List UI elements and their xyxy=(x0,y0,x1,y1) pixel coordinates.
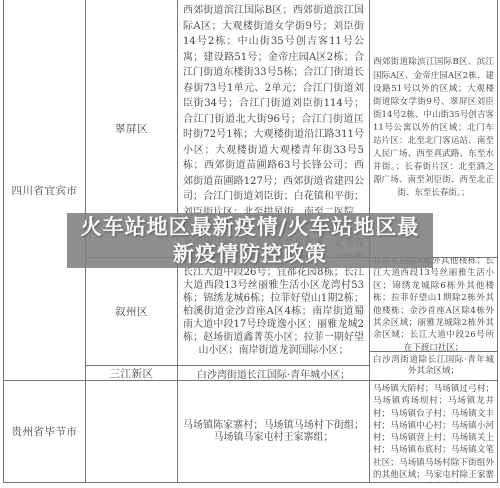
overlay-title-line2: 新疫情防控政策 xyxy=(173,241,327,268)
cell-areas-sanjiang: 白沙湾街道长江国际·青年城小区； xyxy=(178,366,370,381)
cell-district-zhijin xyxy=(86,381,178,483)
cell-district-xuzhou: 叙州区 xyxy=(86,258,178,366)
cell-policy-zhijin: 马场镇大陌村；马场镇过弓村；马场镇鸡场坝村；马场镇龙井村；马场镇台子村；马场镇文… xyxy=(370,381,498,483)
cell-province-guizhou-bijie: 贵州省毕节市 xyxy=(3,381,86,483)
cell-province-sichuan-yibin: 四川省宜宾市 xyxy=(3,0,86,381)
overlay-title-line1: 火车站地区最新疫情/火车站地区最 xyxy=(81,214,420,241)
policy-cuiping-text: 西郊街道除滨江国际B区、滨江国际A区、金帝庄园A区2栋、建设路51号以外的区域；… xyxy=(373,56,494,200)
title-overlay-banner: 火车站地区最新疫情/火车站地区最 新疫情防控政策 xyxy=(67,213,433,268)
cell-policy-xuzhou: 宜都花园除8栋外其他楼栋；长江大道西段13号丝丽雅生活小区；锦绣龙城除6栋外其他… xyxy=(370,258,498,352)
areas-zhijin-text: 马场镇陈家寨村；马场镇马场村下街组；马场镇马家屯村王家寨组； xyxy=(183,420,364,444)
cell-areas-zhijin: 马场镇陈家寨村；马场镇马场村下街组；马场镇马家屯村王家寨组； xyxy=(178,381,370,483)
cell-areas-xuzhou: 长江大道中段26号；宜都花园8栋；长江大道西段13号丝丽雅生活小区龙湾村53栋；… xyxy=(178,258,370,366)
policy-sanjiang-text: 白沙湾街道除长江国际·青年城外其余区域； xyxy=(373,355,494,378)
page: 四川省宜宾市 贵州省毕节市 翠屏区 叙州区 三江新区 西郊街道滨江国际B区；西郊… xyxy=(0,0,500,488)
cell-policy-sanjiang: 白沙湾街道除长江国际·青年城外其余区域； xyxy=(370,352,498,381)
cell-district-sanjiang: 三江新区 xyxy=(86,366,178,381)
areas-xuzhou-text: 长江大道中段26号；宜都花园8栋；长江大道西段13号丝丽雅生活小区龙湾村53栋；… xyxy=(183,266,364,357)
policy-xuzhou-text: 宜都花园除8栋外其他楼栋；长江大道西段13号丝丽雅生活小区；锦绣龙城除6栋外其他… xyxy=(373,258,494,352)
